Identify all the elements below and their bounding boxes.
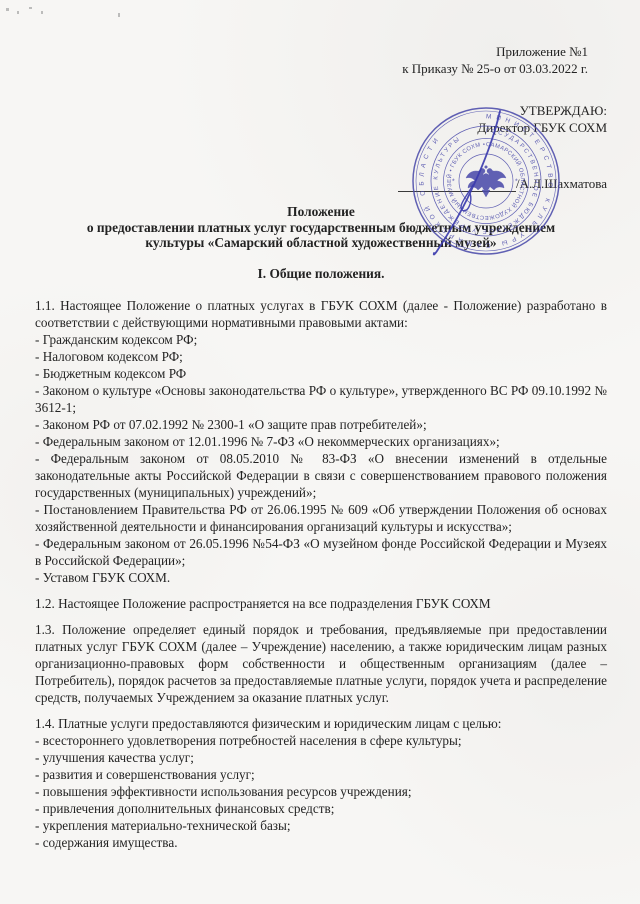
- paragraph: 1.4. Платные услуги предоставляются физи…: [35, 715, 607, 732]
- paragraph: - повышения эффективности использования …: [35, 783, 607, 800]
- paragraph: - Налоговом кодексом РФ;: [35, 348, 607, 365]
- paragraph: - улучшения качества услуг;: [35, 749, 607, 766]
- scan-speck: [6, 8, 9, 11]
- document-content: Приложение №1 к Приказу № 25-о от 03.03.…: [35, 0, 607, 851]
- annex-line-1: Приложение №1: [35, 44, 588, 61]
- paragraph: - Постановлением Правительства РФ от 26.…: [35, 501, 607, 535]
- paragraph: - Федеральным законом от 26.05.1996 №54-…: [35, 535, 607, 569]
- paragraph: - Федеральным законом от 12.01.1996 № 7-…: [35, 433, 607, 450]
- paragraph: 1.1. Настоящее Положение о платных услуг…: [35, 297, 607, 331]
- paragraph: - Гражданским кодексом РФ;: [35, 331, 607, 348]
- document-page: Приложение №1 к Приказу № 25-о от 03.03.…: [0, 0, 640, 904]
- approval-position: Директор ГБУК СОХМ: [35, 120, 607, 137]
- paragraph: 1.2. Настоящее Положение распространяетс…: [35, 595, 607, 612]
- approval-label: УТВЕРЖДАЮ:: [35, 103, 607, 120]
- paragraph: - Бюджетным кодексом РФ: [35, 365, 607, 382]
- paragraph: - укрепления материально-технической баз…: [35, 817, 607, 834]
- paragraph: - Федеральным законом от 08.05.2010 № 83…: [35, 450, 607, 501]
- scan-speck: [29, 7, 32, 9]
- signatory-name: /А.Л.Шахматова: [516, 176, 607, 192]
- title-line-3: культуры «Самарский областной художестве…: [35, 235, 607, 251]
- signature-line: [398, 177, 516, 192]
- paragraph: - Законом о культуре «Основы законодател…: [35, 382, 607, 416]
- section-heading: I. Общие положения.: [35, 266, 607, 282]
- paragraph: 1.3. Положение определяет единый порядок…: [35, 621, 607, 706]
- paragraph: - Уставом ГБУК СОХМ.: [35, 569, 607, 586]
- scan-speck: [17, 11, 19, 14]
- approval-block: УТВЕРЖДАЮ: Директор ГБУК СОХМ: [35, 103, 607, 136]
- paragraph: - привлечения дополнительных финансовых …: [35, 800, 607, 817]
- title-line-2: о предоставлении платных услуг государст…: [35, 220, 607, 236]
- annex-reference: Приложение №1 к Приказу № 25-о от 03.03.…: [35, 44, 607, 77]
- document-body: 1.1. Настоящее Положение о платных услуг…: [35, 297, 607, 851]
- paragraph: - содержания имущества.: [35, 834, 607, 851]
- title-line-1: Положение: [35, 204, 607, 220]
- paragraph: - Законом РФ от 07.02.1992 № 2300-1 «О з…: [35, 416, 607, 433]
- document-title: Положение о предоставлении платных услуг…: [35, 204, 607, 251]
- annex-line-2: к Приказу № 25-о от 03.03.2022 г.: [35, 61, 588, 78]
- paragraph: - всестороннего удовлетворения потребнос…: [35, 732, 607, 749]
- signature-row: /А.Л.Шахматова: [35, 176, 607, 192]
- paragraph: - развития и совершенствования услуг;: [35, 766, 607, 783]
